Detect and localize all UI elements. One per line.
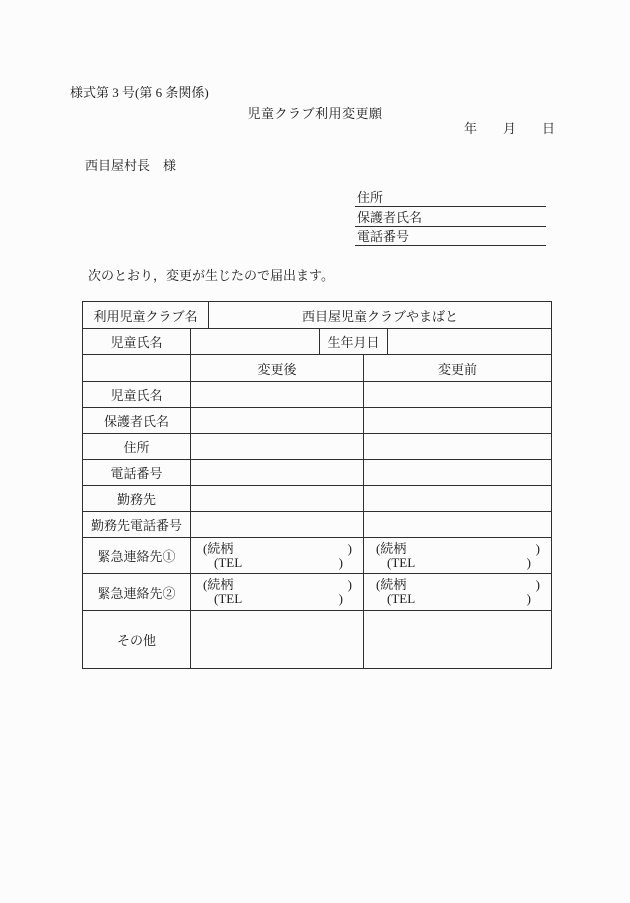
- close-paren: ): [339, 592, 343, 606]
- applicant-phone-field: 電話番号: [355, 227, 546, 246]
- row-label-child-name: 児童氏名: [83, 382, 191, 407]
- applicant-guardian-name-label: 保護者氏名: [357, 210, 422, 225]
- close-paren: ): [536, 542, 540, 556]
- birthdate-input-cell: [388, 329, 551, 354]
- after-column-header: 変更後: [191, 355, 364, 381]
- relation-line: (続柄 ): [191, 578, 363, 592]
- after-cell-other: [191, 611, 364, 668]
- addressee: 西目屋村長 様: [85, 155, 176, 174]
- relation-label: (続柄: [203, 542, 233, 556]
- close-paren: ): [348, 542, 352, 556]
- tel-line: (TEL ): [191, 556, 363, 570]
- relation-label: (続柄: [376, 542, 406, 556]
- before-cell-guardian-name: [364, 408, 551, 433]
- before-cell-workplace-phone: [364, 512, 551, 537]
- after-cell-workplace-phone: [191, 512, 364, 537]
- table-row-guardian-name: 保護者氏名: [83, 408, 551, 434]
- before-cell-other: [364, 611, 551, 668]
- row-label-emergency-contact-1: 緊急連絡先①: [83, 538, 191, 573]
- close-paren: ): [339, 556, 343, 570]
- table-row-workplace-phone: 勤務先電話番号: [83, 512, 551, 538]
- before-cell-phone: [364, 460, 551, 485]
- tel-label: (TEL: [214, 592, 242, 606]
- table-row-emergency-contact-1: 緊急連絡先① (続柄 ) (TEL ) (続柄 ) (TEL ): [83, 538, 551, 574]
- after-cell-emergency-contact-2: (続柄 ) (TEL ): [191, 574, 364, 610]
- row-label-guardian-name: 保護者氏名: [83, 408, 191, 433]
- tel-line: (TEL ): [191, 592, 363, 606]
- table-row-other: その他: [83, 611, 551, 668]
- table-row-phone: 電話番号: [83, 460, 551, 486]
- applicant-info-block: 住所 保護者氏名 電話番号: [355, 188, 546, 247]
- before-cell-address: [364, 434, 551, 459]
- document-page: 様式第 3 号(第 6 条関係) 児童クラブ利用変更願 年 月 日 西目屋村長 …: [0, 0, 630, 903]
- before-column-header: 変更前: [364, 355, 551, 381]
- change-request-table: 利用児童クラブ名 西目屋児童クラブやまばと 児童氏名 生年月日 変更後 変更前 …: [82, 301, 552, 669]
- corner-blank-cell: [83, 355, 191, 381]
- relation-label: (続柄: [376, 578, 406, 592]
- table-row-column-headers: 変更後 変更前: [83, 355, 551, 382]
- after-cell-child-name: [191, 382, 364, 407]
- table-row-workplace: 勤務先: [83, 486, 551, 512]
- row-label-other: その他: [83, 611, 191, 668]
- tel-label: (TEL: [387, 556, 415, 570]
- row-label-workplace: 勤務先: [83, 486, 191, 511]
- child-name-label-cell: 児童氏名: [83, 329, 191, 354]
- table-row-club-name: 利用児童クラブ名 西目屋児童クラブやまばと: [83, 302, 551, 329]
- after-cell-address: [191, 434, 364, 459]
- before-cell-emergency-contact-2: (続柄 ) (TEL ): [364, 574, 551, 610]
- applicant-phone-label: 電話番号: [357, 229, 409, 244]
- relation-line: (続柄 ): [191, 542, 363, 556]
- close-paren: ): [536, 578, 540, 592]
- relation-line: (続柄 ): [364, 542, 551, 556]
- table-row-emergency-contact-2: 緊急連絡先② (続柄 ) (TEL ) (続柄 ) (TEL ): [83, 574, 551, 611]
- notice-text: 次のとおり，変更が生じたので届出ます。: [88, 265, 334, 284]
- tel-line: (TEL ): [364, 592, 551, 606]
- birthdate-label-cell: 生年月日: [320, 329, 388, 354]
- close-paren: ): [527, 556, 531, 570]
- after-cell-emergency-contact-1: (続柄 ) (TEL ): [191, 538, 364, 573]
- before-cell-child-name: [364, 382, 551, 407]
- tel-label: (TEL: [387, 592, 415, 606]
- club-name-value-cell: 西目屋児童クラブやまばと: [209, 302, 551, 328]
- after-cell-phone: [191, 460, 364, 485]
- date-line: 年 月 日: [464, 118, 555, 137]
- row-label-workplace-phone: 勤務先電話番号: [83, 512, 191, 537]
- close-paren: ): [348, 578, 352, 592]
- relation-line: (続柄 ): [364, 578, 551, 592]
- relation-label: (続柄: [203, 578, 233, 592]
- applicant-address-field: 住所: [355, 188, 546, 207]
- after-cell-guardian-name: [191, 408, 364, 433]
- table-row-child-name: 児童氏名: [83, 382, 551, 408]
- tel-label: (TEL: [214, 556, 242, 570]
- table-row-address: 住所: [83, 434, 551, 460]
- applicant-guardian-name-field: 保護者氏名: [355, 208, 546, 227]
- before-cell-emergency-contact-1: (続柄 ) (TEL ): [364, 538, 551, 573]
- close-paren: ): [527, 592, 531, 606]
- row-label-emergency-contact-2: 緊急連絡先②: [83, 574, 191, 610]
- row-label-address: 住所: [83, 434, 191, 459]
- child-name-input-cell: [191, 329, 320, 354]
- before-cell-workplace: [364, 486, 551, 511]
- table-row-child-name-birthdate: 児童氏名 生年月日: [83, 329, 551, 355]
- row-label-phone: 電話番号: [83, 460, 191, 485]
- club-name-label-cell: 利用児童クラブ名: [83, 302, 209, 328]
- form-number: 様式第 3 号(第 6 条関係): [70, 82, 209, 101]
- tel-line: (TEL ): [364, 556, 551, 570]
- applicant-address-label: 住所: [357, 190, 383, 205]
- after-cell-workplace: [191, 486, 364, 511]
